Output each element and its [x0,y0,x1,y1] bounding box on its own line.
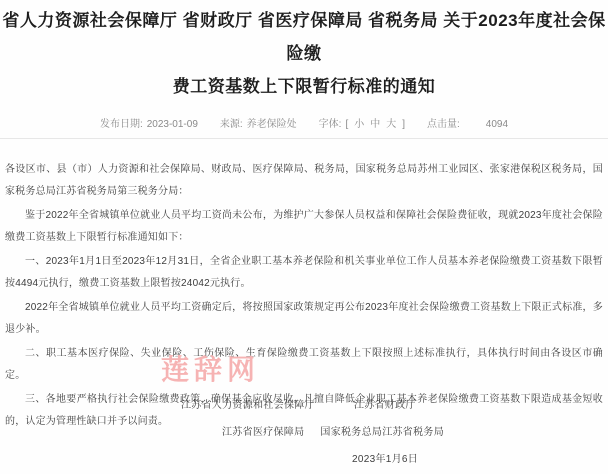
hit-count-label: 点击量: [427,118,460,132]
source: 来源: 养老保险处 [220,118,297,132]
font-size-small-link[interactable]: 小 [354,118,364,132]
signature-date-text: 2023年1月6日 [352,453,418,467]
notice-body: 各设区市、县（市）人力资源和社会保障局、财政局、医疗保障局、税务局，国家税务总局… [5,159,603,433]
page-title-line2: 费工资基数上下限暂行标准的通知 [0,70,608,103]
paragraph-item-1: 一、2023年1月1日至2023年12月31日，全省企业职工基本养老保险和机关事… [5,251,603,295]
publish-date-value: 2023-01-09 [147,118,198,132]
publish-date: 发布日期: 2023-01-09 [100,118,198,132]
signature-row-1: 江苏省人力资源和社会保障厅 江苏省财政厅 [181,399,416,413]
page-title-line1: 省人力资源社会保障厅 省财政厅 省医疗保障局 省税务局 关于2023年度社会保险… [0,4,608,70]
page-title: 省人力资源社会保障厅 省财政厅 省医疗保障局 省税务局 关于2023年度社会保险… [0,0,608,103]
paragraph-item-2: 二、职工基本医疗保险、失业保险、工伤保险、生育保险缴费工资基数上下限按照上述标准… [5,343,603,387]
hit-count-value: 4094 [486,118,508,132]
signature-tax-bureau: 国家税务总局江苏省税务局 [320,426,444,440]
paragraph-addressees: 各设区市、县（市）人力资源和社会保障局、财政局、医疗保障局、税务局，国家税务总局… [5,159,603,203]
font-size-medium-link[interactable]: 中 [370,118,380,132]
bracket-close: ] [402,118,405,132]
signature-row-2: 江苏省医疗保障局 国家税务总局江苏省税务局 [222,426,444,440]
header-divider [0,138,608,139]
hit-count: 点击量: 4094 [427,118,508,132]
meta-bar: 发布日期: 2023-01-09 来源: 养老保险处 字体: [ 小 中 大 ]… [0,118,608,132]
paragraph-item-1-note: 2022年全省城镇单位就业人员平均工资确定后，将按照国家政策规定再公布2023年… [5,297,603,341]
source-label: 来源: [220,118,243,132]
source-value: 养老保险处 [247,118,297,132]
paragraph-preamble: 鉴于2022年全省城镇单位就业人员平均工资尚未公布，为维护广大参保人员权益和保障… [5,205,603,249]
font-size-options: [ 小 中 大 ] [345,118,405,132]
publish-date-label: 发布日期: [100,118,143,132]
font-size-selector: 字体: [ 小 中 大 ] [319,118,405,132]
notice-page: 省人力资源社会保障厅 省财政厅 省医疗保障局 省税务局 关于2023年度社会保险… [0,0,608,474]
signature-hrss-dept: 江苏省人力资源和社会保障厅 [181,399,315,413]
signature-medical-bureau: 江苏省医疗保障局 [222,426,304,440]
bracket-open: [ [345,118,348,132]
font-size-large-link[interactable]: 大 [386,118,396,132]
signature-finance-dept: 江苏省财政厅 [354,399,416,413]
font-size-label: 字体: [319,118,342,132]
signature-date: 2023年1月6日 [352,453,418,467]
